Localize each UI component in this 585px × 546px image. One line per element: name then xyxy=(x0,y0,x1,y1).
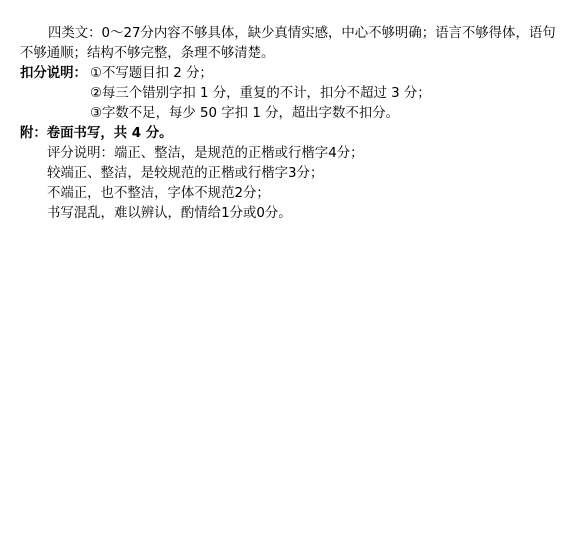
deduction-item-1: ①不写题目扣 2 分； xyxy=(90,64,213,84)
appendix-line-3: 不端正，也不整洁，字体不规范2分； xyxy=(47,184,270,204)
appendix-line-1: 评分说明：端正、整洁，是规范的正楷或行楷字4分； xyxy=(47,144,364,164)
appendix-line-2: 较端正、整洁，是较规范的正楷或行楷字3分； xyxy=(47,164,323,184)
deduction-item-3: ③字数不足，每少 50 字扣 1 分，超出字数不扣分。 xyxy=(90,104,399,124)
appendix-line-4: 书写混乱，难以辨认，酌情给1分或0分。 xyxy=(47,204,292,224)
grade4-line1: 四类文：0～27分内容不够具体，缺少真情实感，中心不够明确；语言不够得体，语句 xyxy=(48,24,556,44)
deduction-label: 扣分说明： xyxy=(20,64,87,84)
deduction-item-2: ②每三个错别字扣 1 分，重复的不计，扣分不超过 3 分； xyxy=(90,84,431,104)
appendix-heading: 附：卷面书写，共 4 分。 xyxy=(20,124,173,144)
grade4-line2: 不够通顺；结构不够完整，条理不够清楚。 xyxy=(20,44,274,64)
